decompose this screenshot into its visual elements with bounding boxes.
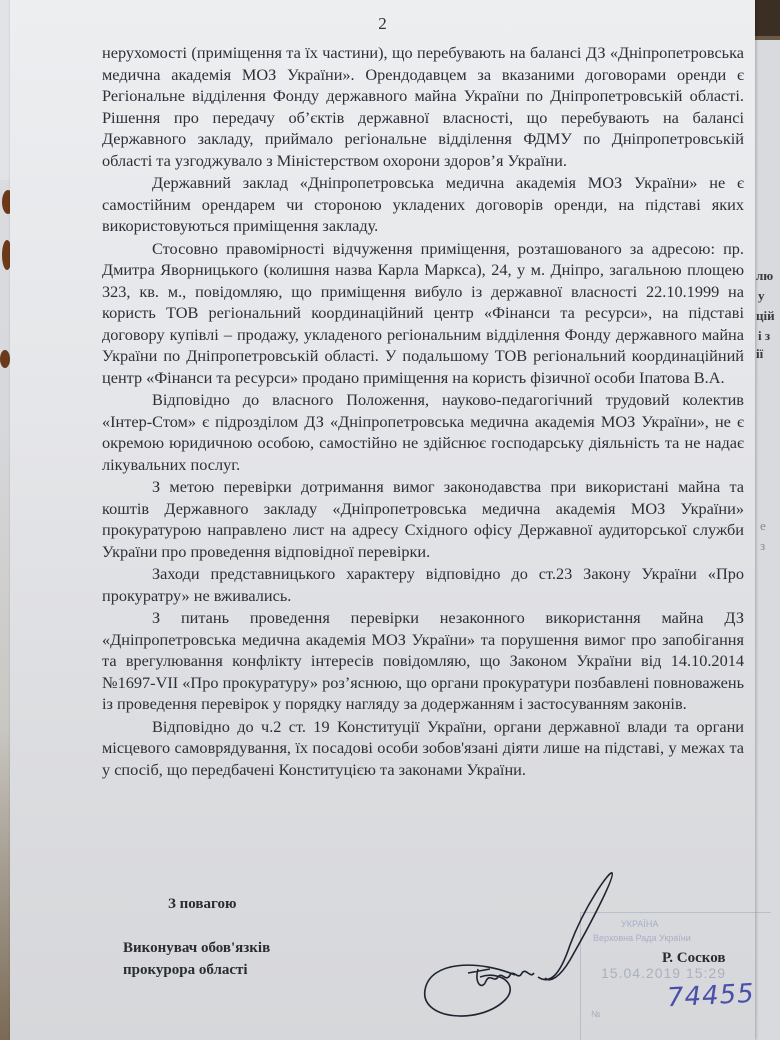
signer-title-line2: прокурора області: [123, 959, 270, 981]
page-number: 2: [10, 14, 755, 34]
paragraph-5: З метою перевірки дотримання вимог закон…: [102, 476, 744, 562]
background-spot: [0, 350, 10, 368]
signature-icon: [420, 865, 620, 1025]
underlying-fragment: у: [758, 288, 765, 304]
underlying-fragment: ії: [756, 346, 763, 362]
closing-phrase: З повагою: [168, 896, 236, 913]
underlying-fragment: з: [760, 538, 765, 554]
paragraph-7: З питань проведення перевірки незаконног…: [102, 607, 744, 715]
signer-title: Виконувач обов'язків прокурора області: [123, 937, 270, 981]
paragraph-3: Стосовно правомірності відчуження приміщ…: [102, 238, 744, 389]
underlying-fragment: е: [760, 518, 766, 534]
paragraph-8: Відповідно до ч.2 ст. 19 Конституції Укр…: [102, 716, 744, 781]
paragraph-2: Державний заклад «Дніпропетровська медич…: [102, 172, 744, 237]
stamp-line1: УКРАЇНА: [621, 919, 658, 929]
paragraph-4: Відповідно до власного Положення, науков…: [102, 389, 744, 475]
underlying-fragment: цій: [756, 308, 775, 324]
paragraph-1: нерухомості (приміщення та їх частини), …: [102, 42, 744, 171]
underlying-fragment: лю: [756, 268, 773, 284]
handwritten-number: 74455: [666, 979, 755, 1014]
document-body: нерухомості (приміщення та їх частини), …: [102, 42, 744, 780]
underlying-fragment: і з: [758, 328, 770, 344]
paragraph-6: Заходи представницького характеру відпов…: [102, 563, 744, 606]
signer-name: Р. Сосков: [662, 950, 725, 967]
signer-title-line1: Виконувач обов'язків: [123, 937, 270, 959]
